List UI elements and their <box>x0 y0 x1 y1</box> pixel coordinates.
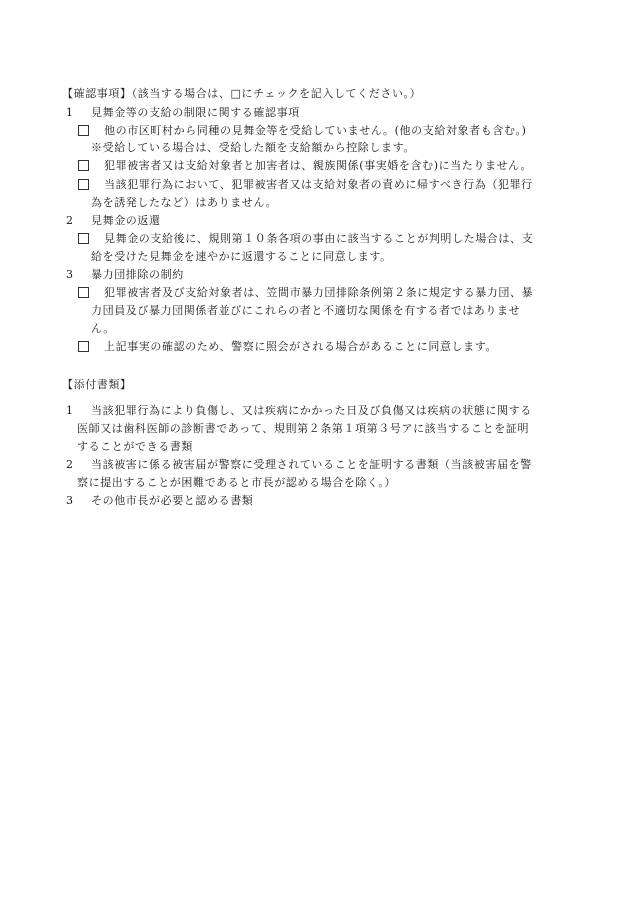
checkbox-no-other-benefits[interactable] <box>78 125 89 138</box>
item-text-cont: ん。 <box>91 322 115 336</box>
item-text-cont: 為を誘発したなど）はありません。 <box>91 196 277 210</box>
attachment-1-text-cont: 医師又は歯科医師の診断書であって、規則第２条第１項第３号アに該当することを証明 <box>77 422 529 436</box>
item-text-cont: 給を受けた見舞金を速やかに返還することに同意します。 <box>91 250 392 264</box>
checkbox-agree-police-inquiry[interactable] <box>78 341 89 354</box>
checkbox-icon <box>78 125 89 136</box>
checkbox-icon <box>78 233 89 244</box>
attachment-2-text-cont: 察に提出することが困難であると市長が認める場合を除く。） <box>77 476 396 490</box>
deduction-note: ※受給している場合は、受給した額を支給額から控除します。 <box>91 141 415 155</box>
checkbox-no-family-relation[interactable] <box>78 160 89 173</box>
attachment-3-number: 3 <box>66 494 74 508</box>
section-3-number: 3 <box>66 268 74 282</box>
checkbox-icon <box>78 287 89 298</box>
section-2-number: 2 <box>66 214 74 228</box>
checkbox-no-victim-fault[interactable] <box>78 179 89 192</box>
section-3-title: 暴力団排除の制約 <box>91 268 184 282</box>
attachments-header: 【添付書類】 <box>62 378 132 392</box>
attachment-1-number: 1 <box>66 404 74 418</box>
checkbox-agree-refund[interactable] <box>78 233 89 246</box>
item-text: 犯罪被害者及び支給対象者は、笠間市暴力団排除条例第２条に規定する暴力団、暴 <box>104 286 533 300</box>
attachment-1-text: 当該犯罪行為により負傷し、又は疾病にかかった日及び負傷又は疾病の状態に関する <box>91 404 532 418</box>
checkbox-icon <box>78 341 89 352</box>
checkbox-icon <box>78 179 89 190</box>
section-1-number: 1 <box>66 106 74 120</box>
checkbox-icon <box>78 160 89 171</box>
item-text: 他の市区町村から同種の見舞金等を受給していません。(他の支給対象者も含む。) <box>104 124 527 138</box>
section-2-title: 見舞金の返還 <box>91 214 161 228</box>
attachment-3-text: その他市長が必要と認める書類 <box>91 494 253 508</box>
item-text: 上記事実の確認のため、警察に照会がされる場合があることに同意します。 <box>104 340 497 354</box>
document-page: 【確認事項】（該当する場合は、□にチェックを記入してください。） 1 見舞金等の… <box>0 0 630 903</box>
confirmation-header: 【確認事項】（該当する場合は、□にチェックを記入してください。） <box>62 87 421 101</box>
attachment-2-text: 当該被害に係る被害届が警察に受理されていることを証明する書類（当該被害届を警 <box>91 458 532 472</box>
checkbox-not-gang-member[interactable] <box>78 287 89 300</box>
attachment-2-number: 2 <box>66 458 74 472</box>
item-text: 見舞金の支給後に、規則第１０条各項の事由に該当することが判明した場合は、支 <box>104 232 533 246</box>
attachment-1-text-cont: することができる書類 <box>77 440 193 454</box>
item-text-cont: 力団員及び暴力団関係者並びにこれらの者と不適切な関係を有する者ではありませ <box>91 304 520 318</box>
item-text: 当該犯罪行為において、犯罪被害者又は支給対象者の責めに帰すべき行為（犯罪行 <box>104 178 533 192</box>
section-1-title: 見舞金等の支給の制限に関する確認事項 <box>91 106 300 120</box>
item-text: 犯罪被害者又は支給対象者と加害者は、親族関係(事実婚を含む)に当たりません。 <box>104 159 532 173</box>
